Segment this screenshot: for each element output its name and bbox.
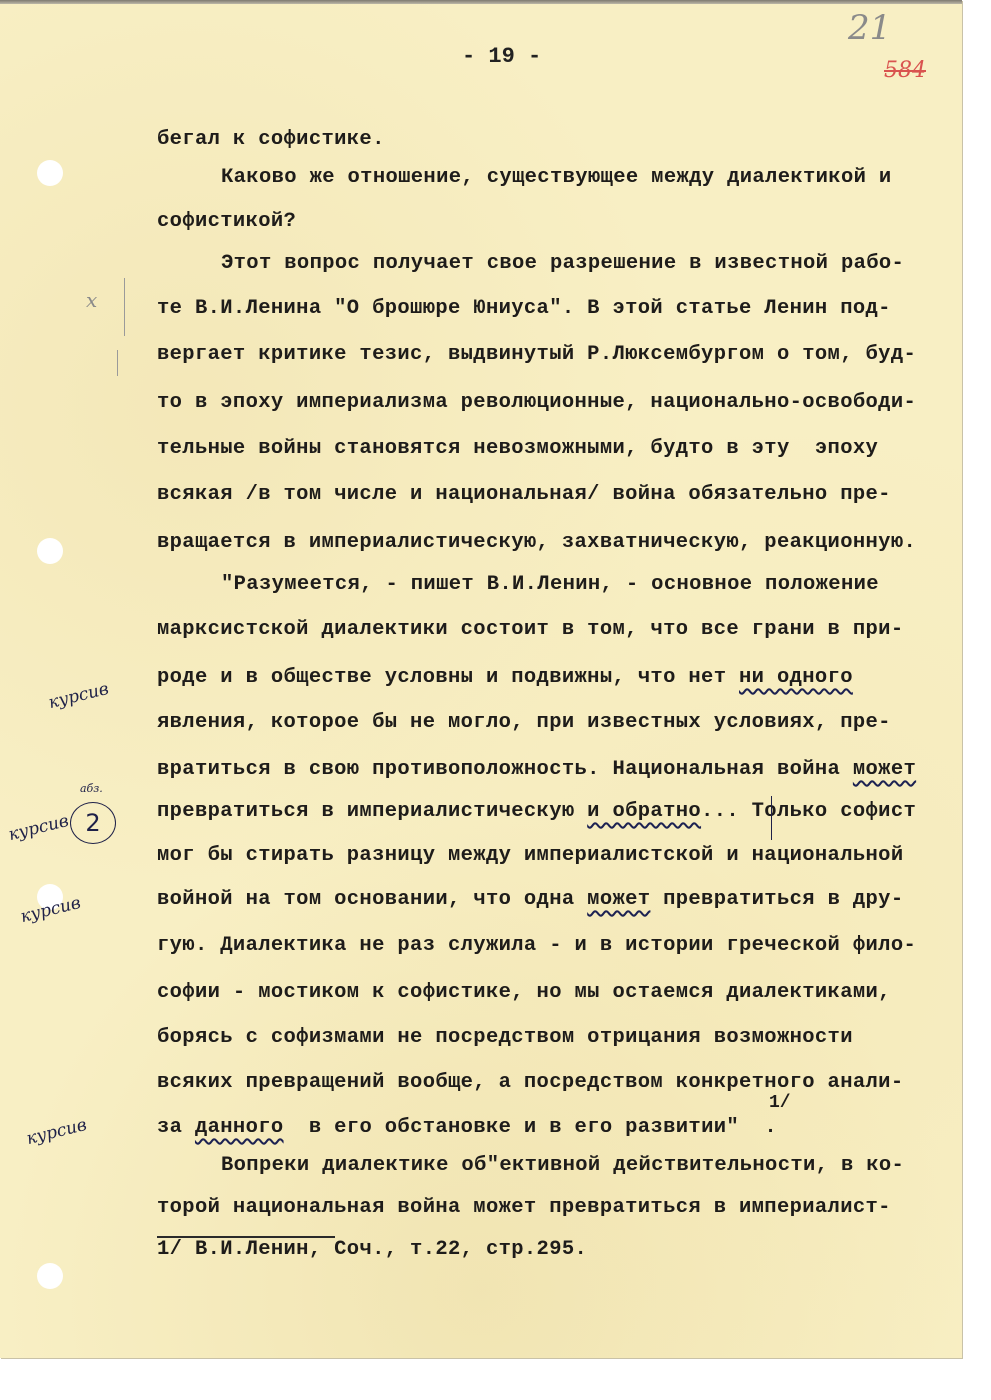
footnote-text: 1/ В.И.Ленин, Соч., т.22, стр.295. (157, 1238, 587, 1261)
text-line: войной на том основании, что одна может … (157, 888, 903, 911)
text-line: софии - мостиком к софистике, но мы оста… (157, 981, 891, 1004)
page-top-edge (0, 0, 962, 4)
text-line: торой национальная война может превратит… (157, 1196, 891, 1219)
paragraph-bracket-mark (757, 796, 772, 840)
text-line: вратиться в свою противоположность. Наци… (157, 758, 916, 781)
punch-hole (37, 538, 63, 564)
emphasized-phrase: ни одного (739, 666, 853, 689)
text-line: роде и в обществе условны и подвижны, чт… (157, 666, 853, 689)
pencil-mark: x (86, 288, 97, 312)
text-line: софистикой? (157, 210, 296, 233)
margin-note-italic: курсив (46, 679, 110, 713)
page-number: - 19 - (462, 44, 541, 69)
text-line: гую. Диалектика не раз служила - и в ист… (157, 934, 916, 957)
punch-hole (37, 160, 63, 186)
text-line: Этот вопрос получает свое разрешение в и… (221, 252, 904, 275)
crossed-out-sheet-number: 584 (884, 58, 926, 83)
text-line: борясь с софизмами не посредством отрица… (157, 1026, 853, 1049)
text-line: Вопреки диалектике об"ективной действите… (221, 1154, 904, 1177)
pencil-margin-line (124, 278, 125, 336)
punch-hole (37, 1263, 63, 1289)
text-line: всякая /в том числе и национальная/ войн… (157, 483, 891, 506)
paragraph-number-circle: 2 (70, 802, 116, 844)
pencil-margin-line (117, 350, 118, 376)
emphasized-phrase: и обратно (587, 800, 701, 823)
text-line: явления, которое бы не могло, при извест… (157, 711, 891, 734)
text-line: всяких превращений вообще, а посредством… (157, 1071, 903, 1094)
text-line: то в эпоху империализма революционные, н… (157, 391, 916, 414)
text-line: бегал к софистике. (157, 128, 385, 151)
text-line: вергает критике тезис, выдвинутый Р.Люкс… (157, 343, 916, 366)
document-page: 21 584 - 19 - x бегал к софистике. Каков… (0, 0, 962, 1358)
text-line: "Разумеется, - пишет В.И.Ленин, - основн… (221, 573, 879, 596)
emphasized-phrase: данного (195, 1116, 284, 1139)
margin-note-italic: курсив (6, 811, 70, 845)
footnote-marker: 1/ (769, 1093, 791, 1113)
margin-note-paragraph: абз. (80, 782, 103, 795)
text-line: марксистской диалектики состоит в том, ч… (157, 618, 903, 641)
text-line: мог бы стирать разницу между империалист… (157, 844, 903, 867)
emphasized-phrase: может (587, 888, 650, 911)
archive-sheet-number: 21 (848, 8, 891, 48)
text-line: тельные войны становятся невозможными, б… (157, 437, 878, 460)
margin-note-italic: курсив (24, 1115, 88, 1149)
text-line: Каково же отношение, существующее между … (221, 166, 892, 189)
text-line: вращается в империалистическую, захватни… (157, 531, 916, 554)
emphasized-phrase: может (853, 758, 916, 781)
text-line: превратиться в империалистическую и обра… (157, 800, 916, 823)
text-line: за данного в его обстановке и в его разв… (157, 1116, 777, 1139)
text-line: те В.И.Ленина "О брошюре Юниуса". В этой… (157, 297, 891, 320)
